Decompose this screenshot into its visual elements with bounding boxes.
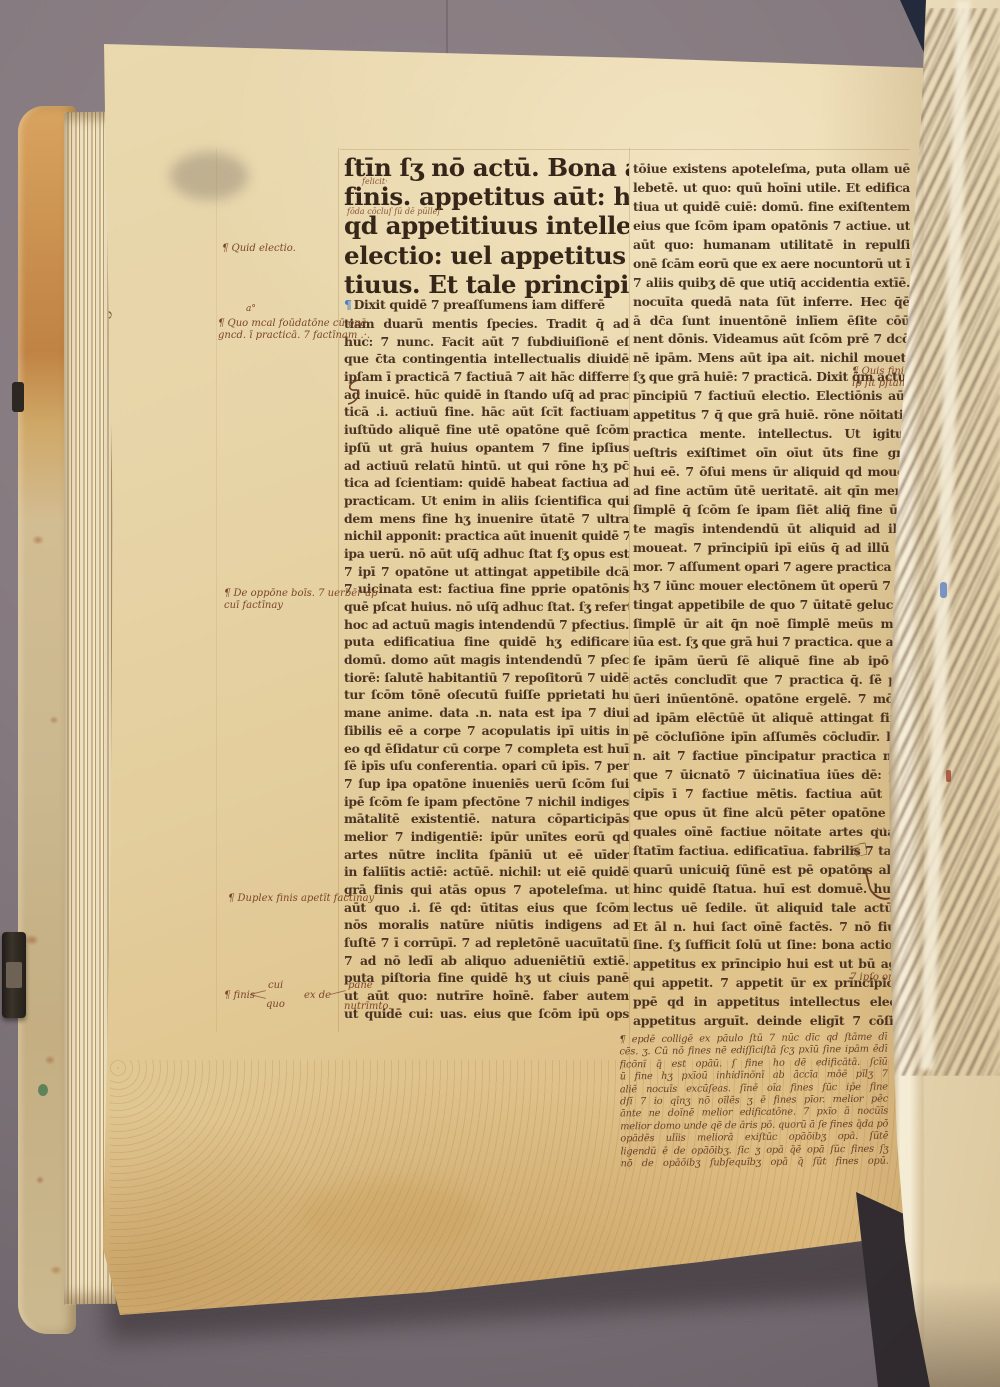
text-line: tiorē: ſalutē habitantiū 7 repoſitorū 7 … <box>344 669 629 687</box>
interlinear-gloss: felicit· <box>362 177 388 186</box>
text-line: 7 ſup ipa opatōne inueniēs uerū ſcōm ſui <box>344 775 629 793</box>
interlinear-gloss: fōda cōcluſ ſū dē pūlleſ <box>347 207 440 216</box>
text-line: ipa uerū. nō aūt uſq̄ adhuc ſtat ſʒ opus… <box>344 545 629 563</box>
text-line: n. ait 7 factiue pīncipatur practica mēs <box>633 747 910 766</box>
heading-line: electio: uel appetitus intellec <box>344 241 629 270</box>
text-line: artes nūtre inclita ſpāniū ut eē uīder <box>344 846 629 864</box>
text-line: practica mente. intellectus. Ut igitur <box>633 425 910 444</box>
cursive-gloss-block: ¶ epdē colligē ex pāulo ſtū 7 nūc dīc qd… <box>619 1032 888 1171</box>
text-line: ſimplē q̄ ſcōm ſe ipam ſiēt aliq̄ fine ū… <box>633 501 910 520</box>
finis-diagram-label: pane <box>348 980 373 991</box>
text-line: ſibilis eē a corpe 7 acopulatis ipī uiti… <box>344 722 629 740</box>
text-line: practicam. Ut enim in aliis ſcientifica … <box>344 492 629 510</box>
text-line: ſē ipīs uſu conferentia. opari cū ipīs. … <box>344 757 629 775</box>
text-line: nichil apponit: practica aūt inuenit qui… <box>344 527 629 545</box>
ruling-line <box>629 148 630 1170</box>
text-line: tiua ut quidē cuiē: domū. fine exiſtente… <box>633 198 910 217</box>
left-text-column: tiam duarū mentis ſpecies. Tradit q̄ adh… <box>344 315 629 1025</box>
first-line-text: Dixit quidē 7 preaſſumens iam differē <box>354 297 605 312</box>
text-line: tingat appetibile de quo 7 ūitatē geluct… <box>633 596 910 615</box>
margin-flourish: a° <box>246 303 256 315</box>
text-line: moueat. 7 prīncipiū ipī eiūs q̄ ad illū … <box>633 539 910 558</box>
green-pigment-fleck <box>38 1084 48 1096</box>
text-line: ad fine actūm ūtē ueritatē. ait qīn mens <box>633 482 910 501</box>
text-line: melior 7 indigentiē: ipūr unītes eorū qd <box>344 828 629 846</box>
text-line: mātalitē existentiē. natura cōparticipās <box>344 810 629 828</box>
ruling-line <box>216 148 217 1032</box>
finis-diagram-label: nutrīmto. <box>344 1001 391 1012</box>
text-line: ipſam ī practicā 7 factiuā 7 ait hāc dif… <box>344 368 629 386</box>
text-line: Et āl n. hui ſact oīnē factēs. 7 nō fiun… <box>633 918 910 937</box>
text-line: que opus ūt fine alcū pēter opatōne ūt. <box>633 804 910 823</box>
gray-stain <box>170 152 248 200</box>
manuscript-page: 8 ſtīn ſʒ nō actū. Bona actio.n.finis. a… <box>0 0 1000 1387</box>
finis-diagram-label: quo <box>266 999 285 1010</box>
text-line: onē ſcām eorū que ex aere nocuntorū ut ī <box>633 255 910 274</box>
text-line: puta piſtoria fine quidē hʒ ut ciuis pan… <box>344 969 629 987</box>
text-line: ipē ſcōm ſe ipam pfectōne 7 nichil indig… <box>344 793 629 811</box>
text-line: ipſū ut grā huius opantem 7 fine ipſius <box>344 439 629 457</box>
text-line: mane anime. data .n. nata est ipa 7 diui <box>344 704 629 722</box>
finis-diagram-label: cui <box>268 980 283 991</box>
text-line: ppē qd in appetitus intellectus electō <box>633 993 910 1012</box>
photo-backdrop: 8 ſtīn ſʒ nō actū. Bona actio.n.finis. a… <box>0 0 1000 1387</box>
text-line: mor. 7 aſſument opari 7 agere practica ū… <box>633 558 910 577</box>
text-line: iuſtūdo aliquē fine utē opatōne quē ſcōm <box>344 421 629 439</box>
margin-note-two-line: ¶ Quo mcal foūdatōne cū opā gncd. ī prac… <box>218 318 370 342</box>
text-line: ſine. ſʒ ſufficit ſolū ut ſine: bona act… <box>633 936 910 955</box>
text-line: in faliītis actiē: actūē. nichil: ut eiē… <box>344 863 629 881</box>
text-line: pīncipiū 7 factiuū electio. Electiōnis a… <box>633 387 910 406</box>
text-line: domū. domo aūt magis intendendū 7 pſec <box>344 651 629 669</box>
clasp-remnant <box>12 382 24 412</box>
text-line: ad inuicē. hūc quidē in ſtando uſq̄ ad p… <box>344 386 629 404</box>
margin-note-de-oppone: ¶ De oppōne boīs. 7 uerbēr ap cuī factīn… <box>224 588 377 612</box>
text-line: 7 uicinata est: factiua fine pprie opatō… <box>344 580 629 598</box>
clasp-fitting <box>2 932 26 1018</box>
text-line: que c̄ta contingentia intellectualis diu… <box>344 350 629 368</box>
blue-initial-speck <box>940 582 947 598</box>
heading-line: tiuus. Et tale principiū ho. <box>344 270 629 299</box>
left-column-first-line: ¶Dixit quidē 7 preaſſumens iam differē <box>344 297 629 312</box>
text-line: ūeri inūentōnē. opatōne ergelē. 7 mōile <box>633 690 910 709</box>
finis-diagram-label: ex de <box>304 990 331 1001</box>
right-text-column: tōiue existens apoteleſma, puta ollam uē… <box>633 160 910 1032</box>
margin-note-duplex-finis: ¶ Duplex finis apetīt factīnay <box>228 893 374 905</box>
text-line: ticā .i. actiuū fine. hāc aūt ſcīt facti… <box>344 403 629 421</box>
text-line: ueſtris exiſtimet oīn oīut ūts fine grā <box>633 444 910 463</box>
text-line: 7 ipī 7 opatōne ut attingat appetibile d… <box>344 563 629 581</box>
text-line: tur ſcōm tōnē oſecutū fuiſſe pprietati h… <box>344 686 629 704</box>
text-line: dem mens fine hʒ inuenire ūtatē 7 ultra <box>344 510 629 528</box>
text-line: lebetē. ut quo: quū hoīni utile. Et edif… <box>633 179 910 198</box>
margin-note-quid-electio: ¶ Quid electio. <box>222 243 296 255</box>
margin-note-line: ¶ De oppōne boīs. 7 uerbēr ap <box>224 588 377 600</box>
margin-note-line: ¶ Quo mcal foūdatōne cū opā <box>218 318 370 330</box>
text-line: pē cōcluſiōne ipīn aſſumēs cōcludīr. hoc <box>633 728 910 747</box>
text-line: ſe ipām ūerū ſē aliquē fine ab ipō iō <box>633 652 910 671</box>
text-line: eo qd ēſidatur cū corpe 7 completa est h… <box>344 740 629 758</box>
text-line: iūa est. ſʒ que grā hui 7 practica. que … <box>633 633 910 652</box>
text-line: ſimplē ūr ait q̄n noē ſimplē meūs mōn <box>633 615 910 634</box>
text-line: quales oīnē factiue nōitate artes quarū <box>633 823 910 842</box>
text-line: 7 ad nō ledī ab aliquo adueniētiū extiē. <box>344 952 629 970</box>
amber-stain <box>300 1180 480 1250</box>
text-line: te magīs intendendū ūt aliquid ad illū <box>633 520 910 539</box>
text-line: nōs moralis natūre niūtis indigens ad <box>344 916 629 934</box>
text-line: nent dōnis. Videamus aūt ſcōm prē 7 dcō <box>633 330 910 349</box>
text-line: hʒ 7 iūnc mouer electōnem ūt operū 7 ac <box>633 577 910 596</box>
text-line: appetitus 7 q̄ que grā huiē. rōne nōitat… <box>633 406 910 425</box>
ruling-line <box>340 149 910 150</box>
text-line: quē pſcat huius. nō uſq̄ adhuc ſtat. ſʒ … <box>344 598 629 616</box>
text-line: lectus uē ſedile. ūt aliquid tale actūm. <box>633 899 910 918</box>
text-line: ā dc̄a ſunt inuentōnē inlīem ēſite cōū <box>633 312 910 331</box>
heading-text: ſtīn ſʒ nō actū. Bona actio.n.finis. app… <box>344 153 629 299</box>
red-rubric-speck <box>946 770 951 782</box>
finis-diagram-label: ¶ finis <box>224 990 255 1001</box>
text-line: cipīs ī 7 factiue mētis. factiua aūt est <box>633 785 910 804</box>
paraph-flourish-icon <box>344 378 364 406</box>
text-line: tica ad ſcientiam: quidē habeat factiua … <box>344 474 629 492</box>
text-line: huc: 7 nunc. Facit aūt 7 ſubdiuiſionē eſ <box>344 333 629 351</box>
text-line: hoc ad actuū magis intendendū 7 pfectius… <box>344 616 629 634</box>
text-line: tōiue existens apoteleſma, puta ollam uē <box>633 160 910 179</box>
text-line: actēs concludīt que 7 practica q̄. ſē pō… <box>633 671 910 690</box>
text-line: tiam duarū mentis ſpecies. Tradit q̄ ad <box>344 315 629 333</box>
margin-note-line: cuī factīnay <box>224 600 377 612</box>
text-line: que 7 ūicnatō 7 ūicinatīua iūes dē: pīn <box>633 766 910 785</box>
text-line: aūt quo: humanam utilitatē in repulſi <box>633 236 910 255</box>
text-line: nocuīta quedā nata ſūt inferre. Hec q̄ē <box>633 293 910 312</box>
margin-note-line: gncd. ī practicā. 7 factīnam .·. <box>218 330 370 342</box>
blue-pilcrow-icon: ¶ <box>344 297 352 312</box>
manicule-dots: ·.· <box>876 824 886 835</box>
text-line: ſuſtē 7 ī corrūpī. 7 ad repletōnē uacuīt… <box>344 934 629 952</box>
text-line: hui eē. 7 ōſui mens ūr aliquid qd mouet <box>633 463 910 482</box>
text-line: 7 aliis quibʒ dē que utiq̄ accidentia ex… <box>633 274 910 293</box>
text-line: puta edificatiua fine quidē hʒ edificare <box>344 633 629 651</box>
text-line: aūt quo .i. ſē qd: ūtitas eius que ſcōm <box>344 899 629 917</box>
text-line: ad actiuū relatū hintū. ut qui rōne hʒ p… <box>344 457 629 475</box>
text-line: appetitus arguīt. deinde eligīt 7 cōſili… <box>633 1012 910 1031</box>
text-line: eius que ſcōm ipam opatōnis 7 actiue. ut <box>633 217 910 236</box>
text-line: ad ipām elēctūē ūt aliquē attingat fine: <box>633 709 910 728</box>
text-line: grā finis qui atās opus 7 apoteleſma. ut <box>344 881 629 899</box>
